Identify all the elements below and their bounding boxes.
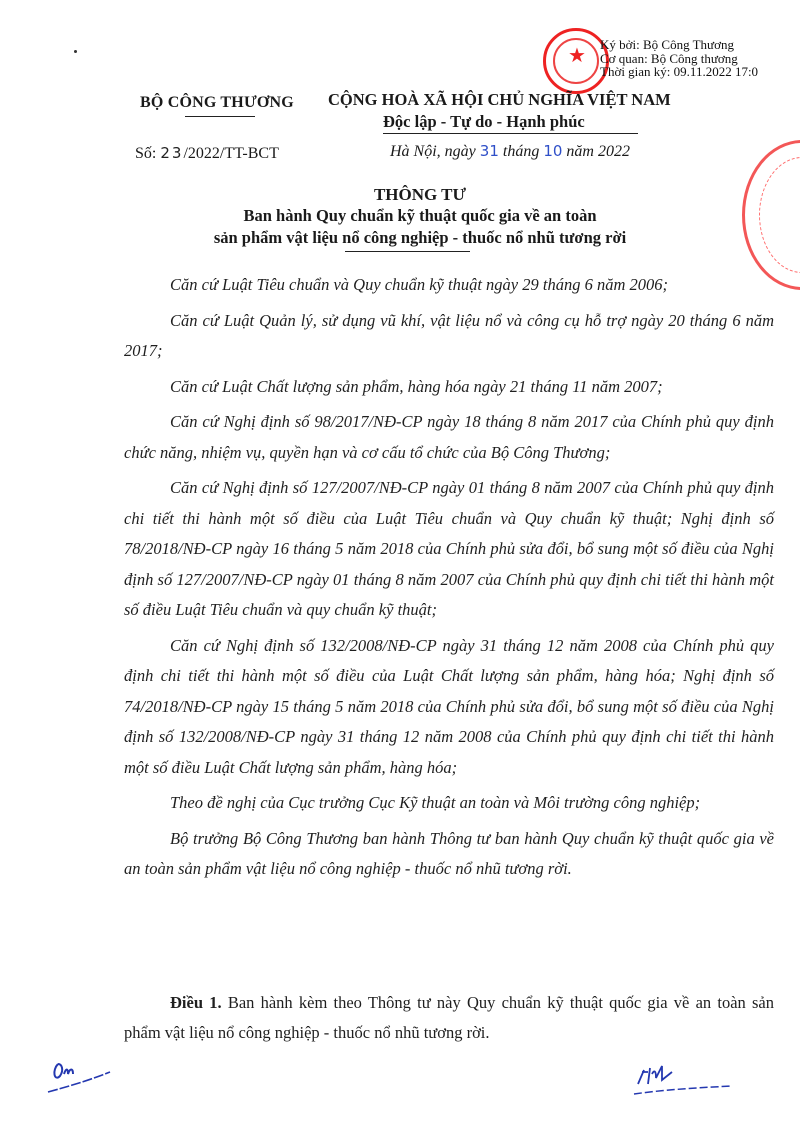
document-subject-line-2: sản phẩm vật liệu nổ công nghiệp - thuốc…	[20, 228, 800, 248]
article-1: Điều 1. Ban hành kèm theo Thông tư này Q…	[124, 988, 774, 1048]
ministry-underline	[185, 116, 255, 117]
signing-agency: Cơ quan: Bộ Công thương	[600, 52, 758, 66]
handwritten-month: 10	[543, 142, 562, 160]
proposal-paragraph: Theo đề nghị của Cục trưởng Cục Kỹ thuật…	[124, 788, 774, 819]
title-underline	[345, 251, 470, 252]
legal-basis-paragraph: Căn cứ Luật Quản lý, sử dụng vũ khí, vật…	[124, 306, 774, 367]
national-motto: Độc lập - Tự do - Hạnh phúc	[383, 112, 585, 132]
issuing-ministry: BỘ CÔNG THƯƠNG	[140, 94, 294, 112]
preamble: Căn cứ Luật Tiêu chuẩn và Quy chuẩn kỹ t…	[124, 270, 774, 890]
digital-signature-info: Ký bởi: Bộ Công Thương Cơ quan: Bộ Công …	[600, 38, 758, 79]
scan-speck	[74, 50, 77, 53]
initials-left-icon	[40, 1060, 120, 1100]
issuance-paragraph: Bộ trưởng Bộ Công Thương ban hành Thông …	[124, 824, 774, 885]
signed-by: Ký bởi: Bộ Công Thương	[600, 38, 758, 52]
signing-time: Thời gian ký: 09.11.2022 17:0	[600, 65, 758, 79]
national-title: CỘNG HOÀ XÃ HỘI CHỦ NGHĨA VIỆT NAM	[328, 90, 671, 110]
legal-basis-paragraph: Căn cứ Nghị định số 98/2017/NĐ-CP ngày 1…	[124, 407, 774, 468]
document-number: Số: 23/2022/TT-BCT	[135, 144, 279, 163]
handwritten-day: 31	[480, 142, 499, 160]
article-label: Điều 1.	[170, 993, 222, 1012]
document-type-title: THÔNG TƯ	[20, 185, 800, 205]
legal-basis-paragraph: Căn cứ Luật Chất lượng sản phẩm, hàng hó…	[124, 372, 774, 403]
legal-basis-paragraph: Căn cứ Nghị định số 132/2008/NĐ-CP ngày …	[124, 631, 774, 784]
place-and-date: Hà Nội, ngày 31 tháng 10 năm 2022	[390, 142, 630, 161]
article-text: Ban hành kèm theo Thông tư này Quy chuẩn…	[124, 993, 774, 1042]
legal-basis-paragraph: Căn cứ Luật Tiêu chuẩn và Quy chuẩn kỹ t…	[124, 270, 774, 301]
handwritten-doc-number: 23	[160, 144, 183, 162]
initials-right-icon	[632, 1060, 742, 1100]
star-icon: ★	[568, 45, 586, 65]
document-subject-line-1: Ban hành Quy chuẩn kỹ thuật quốc gia về …	[20, 206, 800, 226]
legal-basis-paragraph: Căn cứ Nghị định số 127/2007/NĐ-CP ngày …	[124, 473, 774, 626]
motto-underline	[383, 133, 638, 134]
